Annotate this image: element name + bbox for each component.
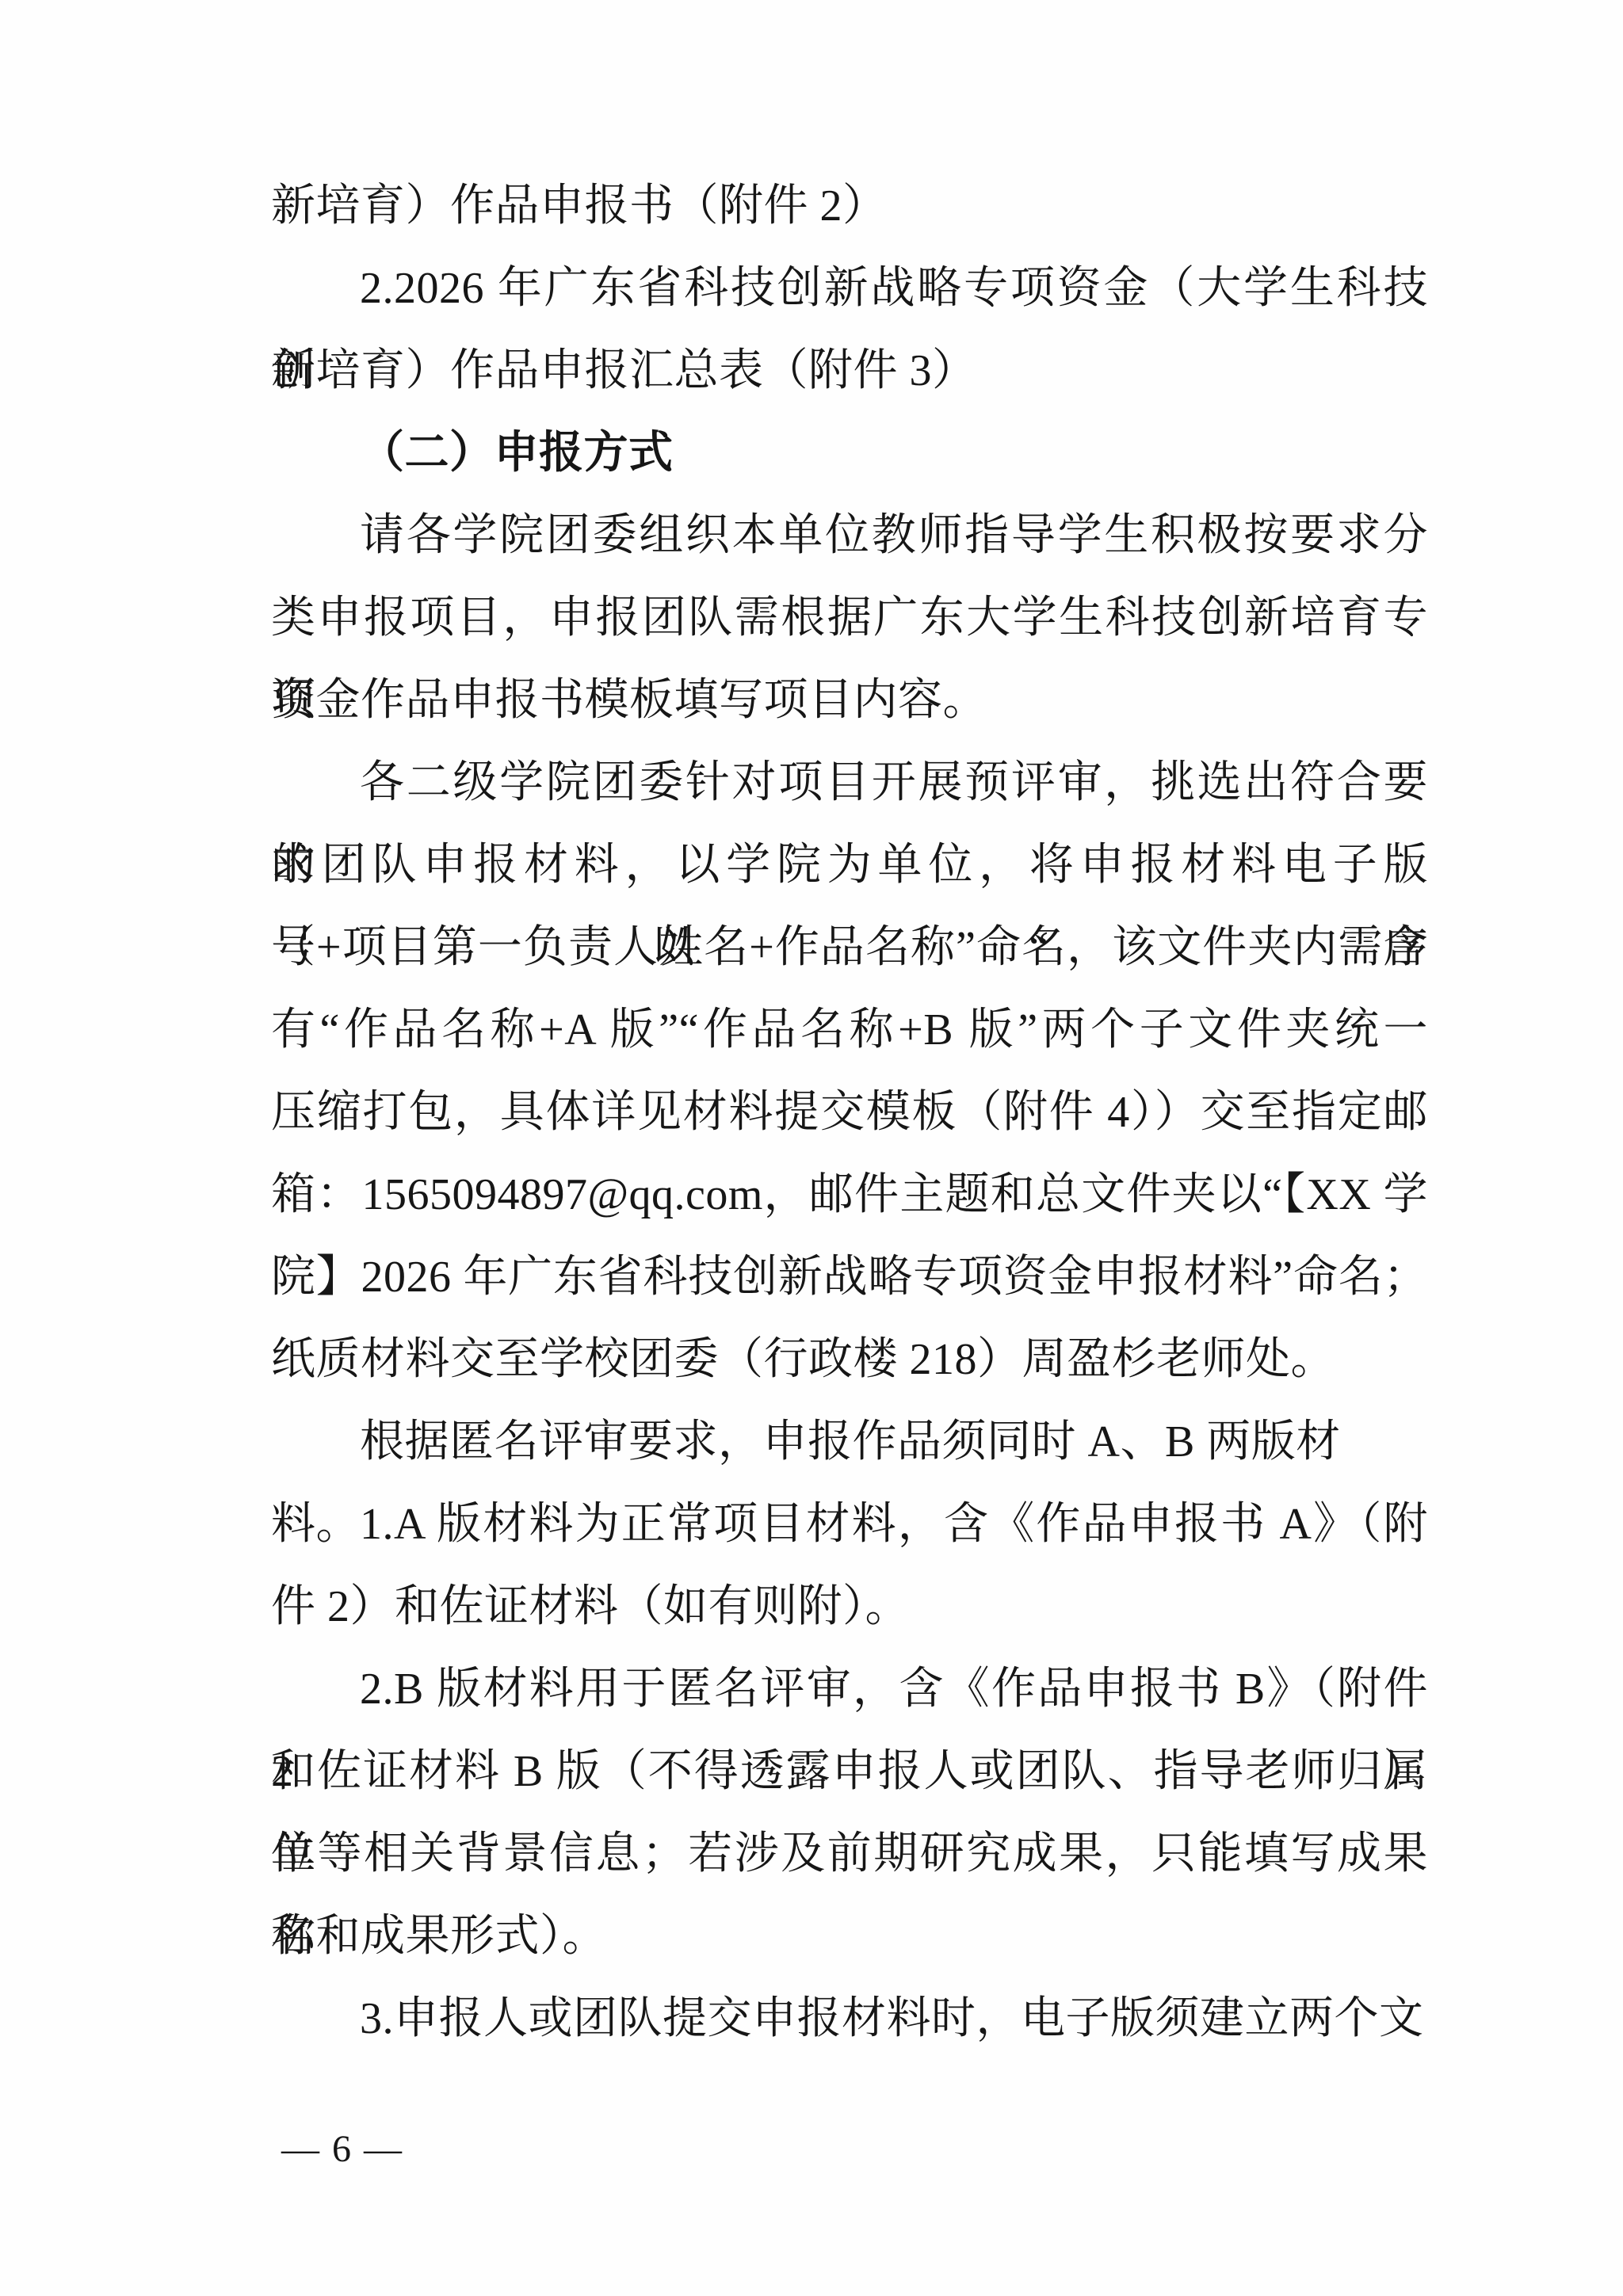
text-line: 压缩打包，具体详见材料提交模板（附件 4））交至指定邮 bbox=[271, 1071, 1428, 1154]
heading-application-method: （二）申报方式 bbox=[271, 412, 1428, 494]
text-line: 和佐证材料 B 版（不得透露申报人或团队、指导老师归属单 bbox=[271, 1730, 1428, 1813]
text-line: 新培育）作品申报汇总表（附件 3） bbox=[271, 330, 1428, 412]
text-line: 纸质材料交至学校团委（行政楼 218）周盈杉老师处。 bbox=[271, 1318, 1428, 1401]
text-line: 请各学院团委组织本单位教师指导学生积极按要求分 bbox=[271, 494, 1428, 577]
body-text-block: 新培育）作品申报书（附件 2） 2.2026 年广东省科技创新战略专项资金（大学… bbox=[271, 165, 1428, 2060]
text-line: 号+项目第一负责人姓名+作品名称”命名，该文件夹内需含 bbox=[271, 906, 1428, 989]
text-line: 根据匿名评审要求，申报作品须同时 A、B 两版材料。 bbox=[271, 1401, 1428, 1483]
text-line: 位等相关背景信息；若涉及前期研究成果，只能填写成果名 bbox=[271, 1813, 1428, 1895]
text-line: 2.2026 年广东省科技创新战略专项资金（大学生科技创 bbox=[271, 247, 1428, 330]
text-line: 新培育）作品申报书（附件 2） bbox=[271, 165, 1428, 247]
text-line: 的团队申报材料，以学院为单位，将申报材料电子版（以“序 bbox=[271, 824, 1428, 906]
text-line: 1.A 版材料为正常项目材料，含《作品申报书 A》（附 bbox=[271, 1483, 1428, 1566]
text-line: 院】2026 年广东省科技创新战略专项资金申报材料”命名； bbox=[271, 1236, 1428, 1318]
text-line: 有“作品名称+A 版”“作品名称+B 版”两个子文件夹统一 bbox=[271, 989, 1428, 1071]
text-line: 2.B 版材料用于匿名评审，含《作品申报书 B》（附件 2） bbox=[271, 1648, 1428, 1730]
text-line: 各二级学院团委针对项目开展预评审，挑选出符合要求 bbox=[271, 742, 1428, 824]
scanned-document-page: 新培育）作品申报书（附件 2） 2.2026 年广东省科技创新战略专项资金（大学… bbox=[0, 0, 1623, 2296]
email-line: 箱：1565094897@qq.com，邮件主题和总文件夹以“【XX 学 bbox=[271, 1154, 1428, 1236]
text-line: 类申报项目，申报团队需根据广东大学生科技创新培育专项 bbox=[271, 577, 1428, 659]
page-number: — 6 — bbox=[271, 2114, 414, 2185]
text-line: 件 2）和佐证材料（如有则附）。 bbox=[271, 1566, 1428, 1648]
text-line: 称和成果形式）。 bbox=[271, 1895, 1428, 1978]
text-line: 资金作品申报书模板填写项目内容。 bbox=[271, 659, 1428, 742]
text-line: 3.申报人或团队提交申报材料时，电子版须建立两个文 bbox=[271, 1978, 1428, 2060]
